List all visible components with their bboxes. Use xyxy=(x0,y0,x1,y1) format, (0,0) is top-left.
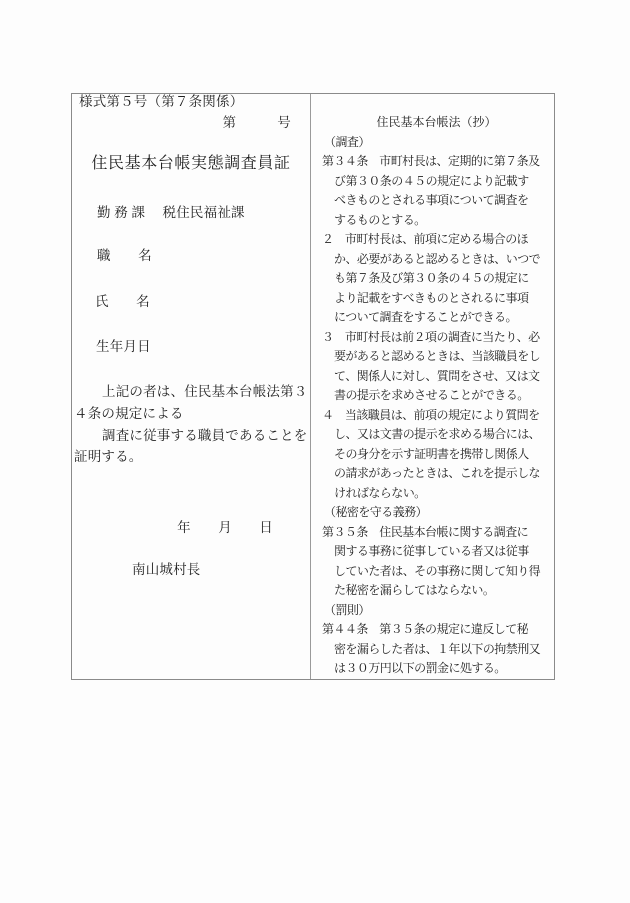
date-line: 年 月 日 xyxy=(72,518,310,537)
issuer-name: 南山城村長 xyxy=(132,560,201,579)
statement-line: ４条の規定による xyxy=(74,404,184,423)
law-line: より記載をすべきものとされるに事項 xyxy=(334,289,551,309)
law-line: 書の提示を求めさせることができる。 xyxy=(334,386,551,406)
law-line: その身分を示す証明書を携帯し関係人 xyxy=(334,445,551,465)
statement-line: 証明する。 xyxy=(74,447,143,466)
law-line: し、又は文書の提示を求める場合には、 xyxy=(334,425,551,445)
law-line: の請求があったときは、これを提示しな xyxy=(334,464,551,484)
field-duty-section: 勤 務 課 税住民福祉課 xyxy=(97,203,245,222)
law-line: （調査） xyxy=(324,133,551,153)
law-line: するものとする。 xyxy=(334,211,551,231)
law-line: 密を漏らした者は、１年以下の拘禁刑又 xyxy=(334,640,551,660)
law-line: か、必要があると認めるときは、いつで xyxy=(334,250,551,270)
law-line: 第３４条 市町村長は、定期的に第７条及 xyxy=(322,152,551,172)
card-title: 住民基本台帳実態調査員証 xyxy=(72,151,310,176)
certificate-serial: 第 号 xyxy=(72,113,310,132)
law-line: た秘密を漏らしてはならない。 xyxy=(334,581,551,601)
law-line: ３ 市町村長は前２項の調査に当たり、必 xyxy=(322,328,551,348)
law-line: は３０万円以下の罰金に処する。 xyxy=(334,659,551,679)
law-excerpt: 住民基本台帳法（抄） （調査） 第３４条 市町村長は、定期的に第７条及 び第３０… xyxy=(311,94,554,679)
field-birthdate: 生年月日 xyxy=(96,337,151,356)
law-line: （罰則） xyxy=(324,601,551,621)
law-line: 第４４条 第３５条の規定に違反して秘 xyxy=(322,620,551,640)
certificate-card: 様式第５号（第７条関係） 第 号 住民基本台帳実態調査員証 勤 務 課 税住民福… xyxy=(72,94,311,679)
law-line: も第７条及び第３０条の４５の規定に xyxy=(334,269,551,289)
law-line: していた者は、その事務に関して知り得 xyxy=(334,562,551,582)
document-page: 様式第５号（第７条関係） 第 号 住民基本台帳実態調査員証 勤 務 課 税住民福… xyxy=(0,0,630,903)
form-number: 様式第５号（第７条関係） xyxy=(79,94,243,111)
law-line: び第３０条の４５の規定により記載す xyxy=(334,172,551,192)
field-position: 職 名 xyxy=(97,246,152,265)
law-line: 関する事務に従事している者又は従事 xyxy=(334,542,551,562)
law-line: べきものとされる事項について調査を xyxy=(334,191,551,211)
law-line: ４ 当該職員は、前項の規定により質問を xyxy=(322,406,551,426)
law-line: 第３５条 住民基本台帳に関する調査に xyxy=(322,523,551,543)
law-title: 住民基本台帳法（抄） xyxy=(322,113,551,133)
statement-line: 調査に従事する職員であることを xyxy=(102,426,308,445)
field-name: 氏 名 xyxy=(95,292,150,311)
law-line: ２ 市町村長は、前項に定める場合のほ xyxy=(322,230,551,250)
law-line: て、関係人に対し、質問をさせ、又は文 xyxy=(334,367,551,387)
law-line: ければならない。 xyxy=(334,484,551,504)
certificate-form-box: 様式第５号（第７条関係） 第 号 住民基本台帳実態調査員証 勤 務 課 税住民福… xyxy=(71,93,555,680)
law-line: （秘密を守る義務） xyxy=(324,503,551,523)
statement-line: 上記の者は、住民基本台帳法第３ xyxy=(102,382,308,401)
law-line: について調査をすることができる。 xyxy=(334,308,551,328)
law-line: 要があると認めるときは、当該職員をし xyxy=(334,347,551,367)
